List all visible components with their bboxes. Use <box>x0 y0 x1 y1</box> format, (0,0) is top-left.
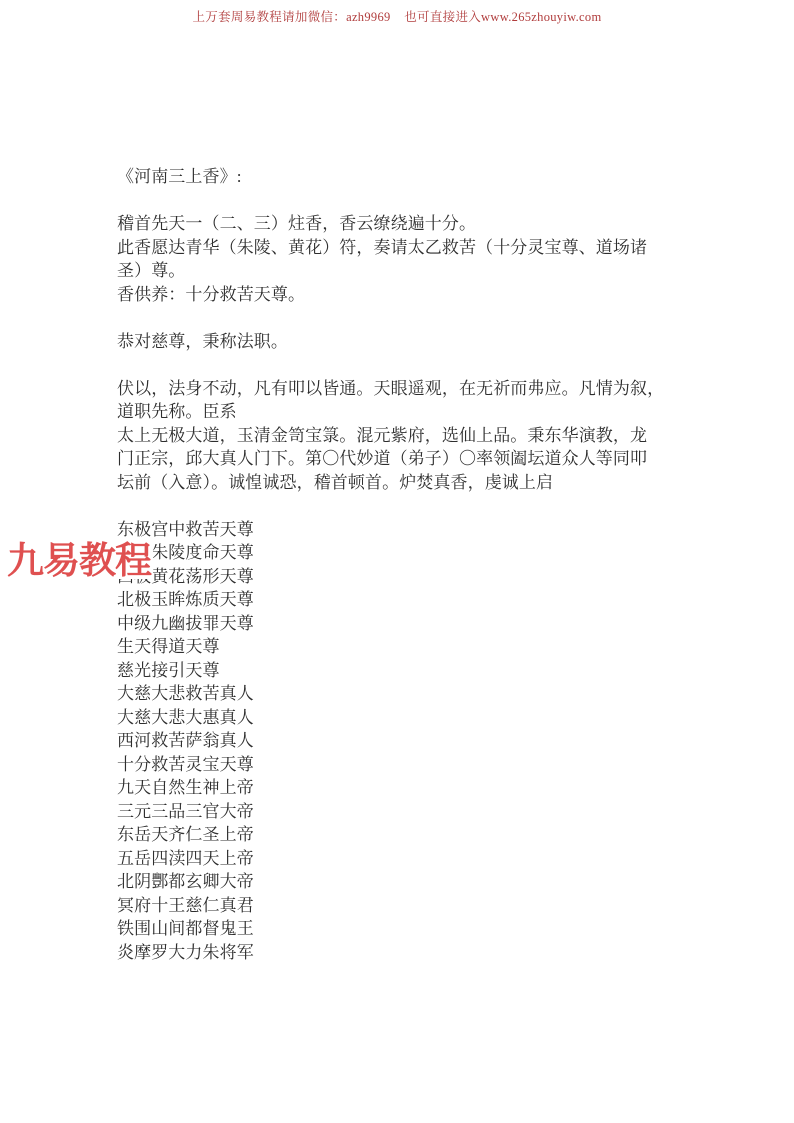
text-line: 生天得道天尊 <box>117 635 693 659</box>
text-line: 慈光接引天尊 <box>117 659 693 683</box>
text-line: 三元三品三官大帝 <box>117 800 693 824</box>
paragraph-petition: 伏以，法身不动，凡有叩以皆通。天眼遥观，在无祈而弗应。凡情为叙，道职先称。臣系太… <box>117 377 693 495</box>
document-page: 上万套周易教程请加微信：azh9969 也可直接进入www.265zhouyiw… <box>0 0 794 1123</box>
text-line: 大慈大悲大惠真人 <box>117 706 693 730</box>
text-line: 五岳四渎四天上帝 <box>117 847 693 871</box>
text-line: 北极玉眸炼质天尊 <box>117 588 693 612</box>
deity-list: 东极宫中救苦天尊南极朱陵度命天尊西极黄花荡形天尊北极玉眸炼质天尊中级九幽拔罪天尊… <box>117 518 693 965</box>
text-line: 圣）尊。 <box>117 259 693 283</box>
text-line: 西极黄花荡形天尊 <box>117 565 693 589</box>
text-line: 门正宗，邱大真人门下。第〇代妙道（弟子）〇率领阖坛道众人等同叩 <box>117 447 693 471</box>
text-line: 香供养：十分救苦天尊。 <box>117 283 693 307</box>
text-line: 东岳天齐仁圣上帝 <box>117 823 693 847</box>
text-line: 中级九幽拔罪天尊 <box>117 612 693 636</box>
text-line: 十分救苦灵宝天尊 <box>117 753 693 777</box>
text-line: 铁围山间都督鬼王 <box>117 917 693 941</box>
text-line: 坛前（入意）。诚惶诚恐，稽首顿首。炉焚真香，虔诚上启 <box>117 471 693 495</box>
text-line: 恭对慈尊，秉称法职。 <box>117 330 693 354</box>
text-line: 冥府十王慈仁真君 <box>117 894 693 918</box>
promo-header: 上万套周易教程请加微信：azh9969 也可直接进入www.265zhouyiw… <box>0 7 794 25</box>
text-line: 北阴酆都玄卿大帝 <box>117 870 693 894</box>
text-line: 炎摩罗大力朱将军 <box>117 941 693 965</box>
text-line: 九天自然生神上帝 <box>117 776 693 800</box>
text-line: 道职先称。臣系 <box>117 400 693 424</box>
text-line: 大慈大悲救苦真人 <box>117 682 693 706</box>
text-line: 南极朱陵度命天尊 <box>117 541 693 565</box>
text-line: 此香愿达青华（朱陵、黄花）符，奏请太乙救苦（十分灵宝尊、道场诸 <box>117 236 693 260</box>
document-title: 《河南三上香》: <box>117 165 693 189</box>
text-line: 伏以，法身不动，凡有叩以皆通。天眼遥观，在无祈而弗应。凡情为叙， <box>117 377 693 401</box>
watermark: 九易教程 <box>5 542 153 579</box>
paragraph-incense: 稽首先天一（二、三）炷香，香云缭绕遍十分。此香愿达青华（朱陵、黄花）符，奏请太乙… <box>117 212 693 306</box>
text-line: 太上无极大道，玉清金笥宝箓。混元紫府，选仙上品。秉东华演教，龙 <box>117 424 693 448</box>
paragraph-salutation: 恭对慈尊，秉称法职。 <box>117 330 693 354</box>
text-line: 西河救苦萨翁真人 <box>117 729 693 753</box>
document-body: 《河南三上香》: 稽首先天一（二、三）炷香，香云缭绕遍十分。此香愿达青华（朱陵、… <box>117 165 693 964</box>
text-line: 稽首先天一（二、三）炷香，香云缭绕遍十分。 <box>117 212 693 236</box>
text-line: 东极宫中救苦天尊 <box>117 518 693 542</box>
